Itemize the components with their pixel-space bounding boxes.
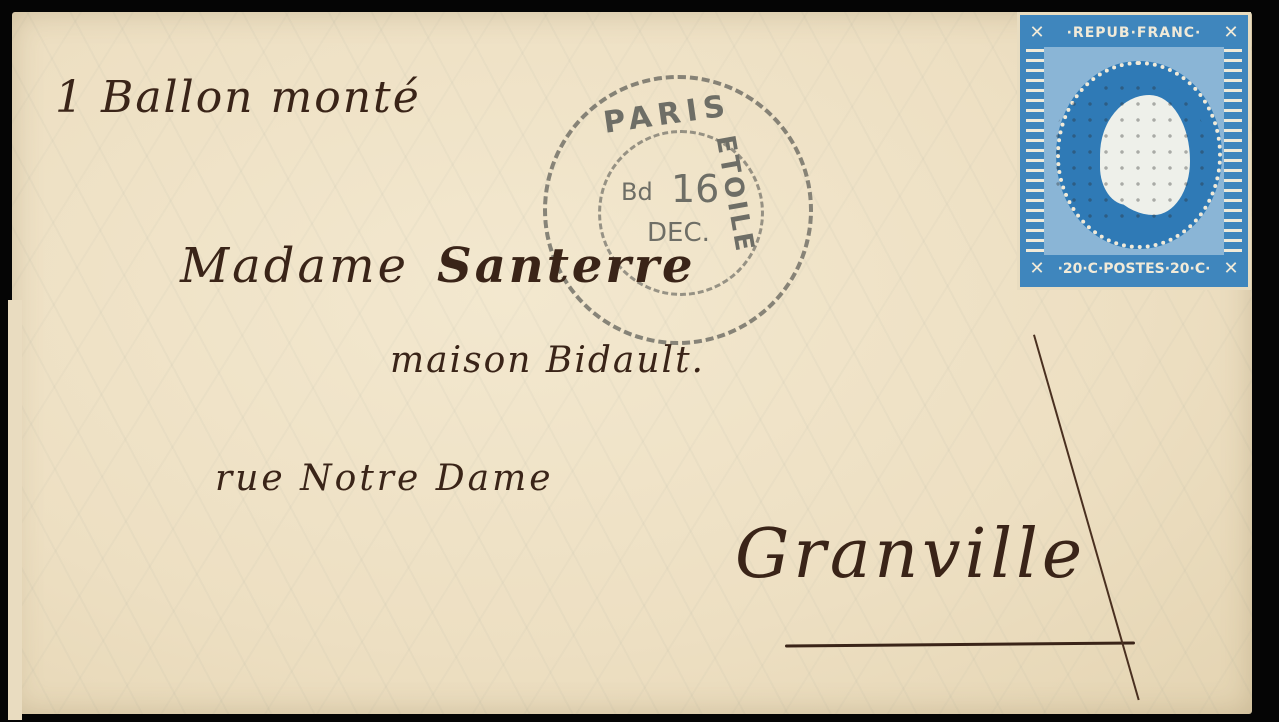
stamp-left-border [1026,49,1044,253]
address-city: Granville [735,515,1086,594]
stamp-right-border [1224,49,1242,253]
stamp-corner-cross-icon: ✕ [1220,258,1242,280]
address-line-recipient: MadameSanterre [180,238,696,294]
address-line-maison: maison Bidault. [390,340,705,381]
recipient-title: Madame [180,238,409,294]
stamp-corner-cross-icon: ✕ [1026,258,1048,280]
paris-postmark: PARIS ETOILE Bd 16 DEC. [543,75,813,345]
stamp-bottom-legend: ·20·C·POSTES·20·C· [1052,257,1216,281]
postmark-bureau: Bd [621,178,653,206]
address-line-street: rue Notre Dame [215,458,554,499]
stamp-corner-cross-icon: ✕ [1220,22,1242,44]
recipient-name: Santerre [437,238,696,294]
stamp-top-legend: ·REPUB·FRANC· [1052,21,1216,45]
postmark-day: 16 [671,167,719,211]
stamp-corner-cross-icon: ✕ [1026,22,1048,44]
cover-fold-flap [8,300,22,720]
dotted-cancellation [1050,80,1210,230]
handwritten-ballon-monte-note: 1 Ballon monté [55,72,421,123]
